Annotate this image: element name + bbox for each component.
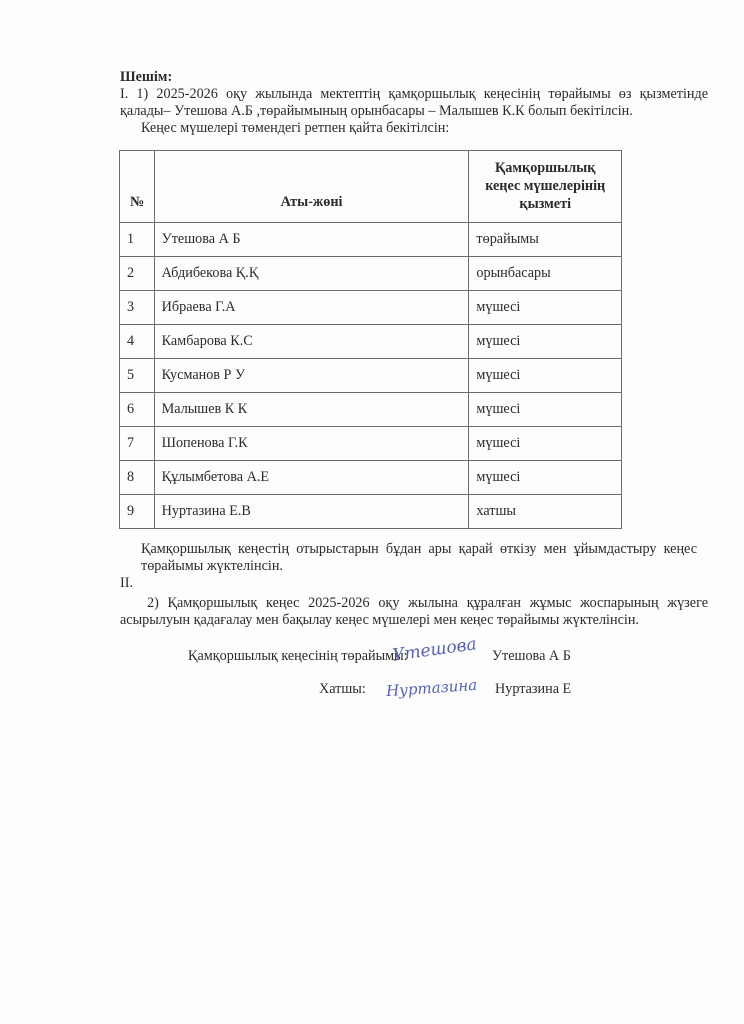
member-role: орынбасары: [469, 257, 622, 291]
table-row: 9Нуртазина Е.Вхатшы: [120, 495, 622, 529]
table-body: 1Утешова А Бтөрайымы2Абдибекова Қ.Қорынб…: [120, 223, 622, 529]
member-role: мүшесі: [469, 427, 622, 461]
after-table-line-1: Қамқоршылық кеңестің отырыстарын бұдан а…: [141, 541, 697, 558]
table-row: 3Ибраева Г.Амүшесі: [120, 291, 622, 325]
member-name: Абдибекова Қ.Қ: [154, 257, 469, 291]
table-row: 5Кусманов Р Умүшесі: [120, 359, 622, 393]
chair-signature: Утешова: [391, 634, 478, 666]
member-role: мүшесі: [469, 359, 622, 393]
row-number: 8: [120, 461, 155, 495]
row-number: 5: [120, 359, 155, 393]
table-row: 1Утешова А Бтөрайымы: [120, 223, 622, 257]
decision-paragraph-line-3: Кеңес мүшелері төмендегі ретпен қайта бе…: [141, 120, 449, 137]
header-role-line-1: Қамқоршылық: [476, 159, 614, 177]
secretary-label: Хатшы:: [319, 681, 366, 698]
table-row: 6Малышев К Кмүшесі: [120, 393, 622, 427]
header-role-line-3: қызметі: [476, 195, 614, 213]
member-role: мүшесі: [469, 393, 622, 427]
table-row: 7Шопенова Г.Кмүшесі: [120, 427, 622, 461]
header-role: Қамқоршылық кеңес мүшелерінің қызметі: [469, 151, 622, 223]
decision-heading: Шешім:: [120, 69, 172, 86]
table-row: 4Камбарова К.Смүшесі: [120, 325, 622, 359]
header-role-line-2: кеңес мүшелерінің: [476, 177, 614, 195]
member-role: мүшесі: [469, 291, 622, 325]
member-role: мүшесі: [469, 461, 622, 495]
member-name: Нуртазина Е.В: [154, 495, 469, 529]
secretary-signature: Нуртазина: [385, 676, 477, 700]
table-header-row: № Аты-жөні Қамқоршылық кеңес мүшелерінің…: [120, 151, 622, 223]
row-number: 9: [120, 495, 155, 529]
decision-paragraph-line-1: І. 1) 2025-2026 оқу жылында мектептің қа…: [120, 86, 708, 103]
member-name: Камбарова К.С: [154, 325, 469, 359]
row-number: 3: [120, 291, 155, 325]
council-members-table: № Аты-жөні Қамқоршылық кеңес мүшелерінің…: [119, 150, 622, 529]
member-role: мүшесі: [469, 325, 622, 359]
member-name: Шопенова Г.К: [154, 427, 469, 461]
member-name: Құлымбетова А.Е: [154, 461, 469, 495]
row-number: 6: [120, 393, 155, 427]
header-full-name: Аты-жөні: [154, 151, 469, 223]
section-two-line-1: 2) Қамқоршылық кеңес 2025-2026 оқу жылын…: [147, 595, 708, 612]
section-two-marker: ІІ.: [120, 575, 133, 592]
document-page: Шешім: І. 1) 2025-2026 оқу жылында мекте…: [0, 0, 744, 1024]
decision-paragraph-line-2: қалады– Утешова А.Б ,төрайымының орынбас…: [120, 103, 633, 120]
row-number: 1: [120, 223, 155, 257]
member-role: хатшы: [469, 495, 622, 529]
member-name: Утешова А Б: [154, 223, 469, 257]
table-row: 8Құлымбетова А.Емүшесі: [120, 461, 622, 495]
chair-name: Утешова А Б: [492, 648, 571, 665]
member-role: төрайымы: [469, 223, 622, 257]
row-number: 4: [120, 325, 155, 359]
header-number: №: [120, 151, 155, 223]
member-name: Кусманов Р У: [154, 359, 469, 393]
member-name: Малышев К К: [154, 393, 469, 427]
after-table-line-2: төрайымы жүктелінсін.: [141, 558, 283, 575]
chair-label: Қамқоршылық кеңесінің төрайымы:: [188, 648, 408, 665]
member-name: Ибраева Г.А: [154, 291, 469, 325]
section-two-line-2: асырылуын қадағалау мен бақылау кеңес мү…: [120, 612, 639, 629]
table-row: 2Абдибекова Қ.Қорынбасары: [120, 257, 622, 291]
row-number: 2: [120, 257, 155, 291]
secretary-name: Нуртазина Е: [495, 681, 571, 698]
row-number: 7: [120, 427, 155, 461]
